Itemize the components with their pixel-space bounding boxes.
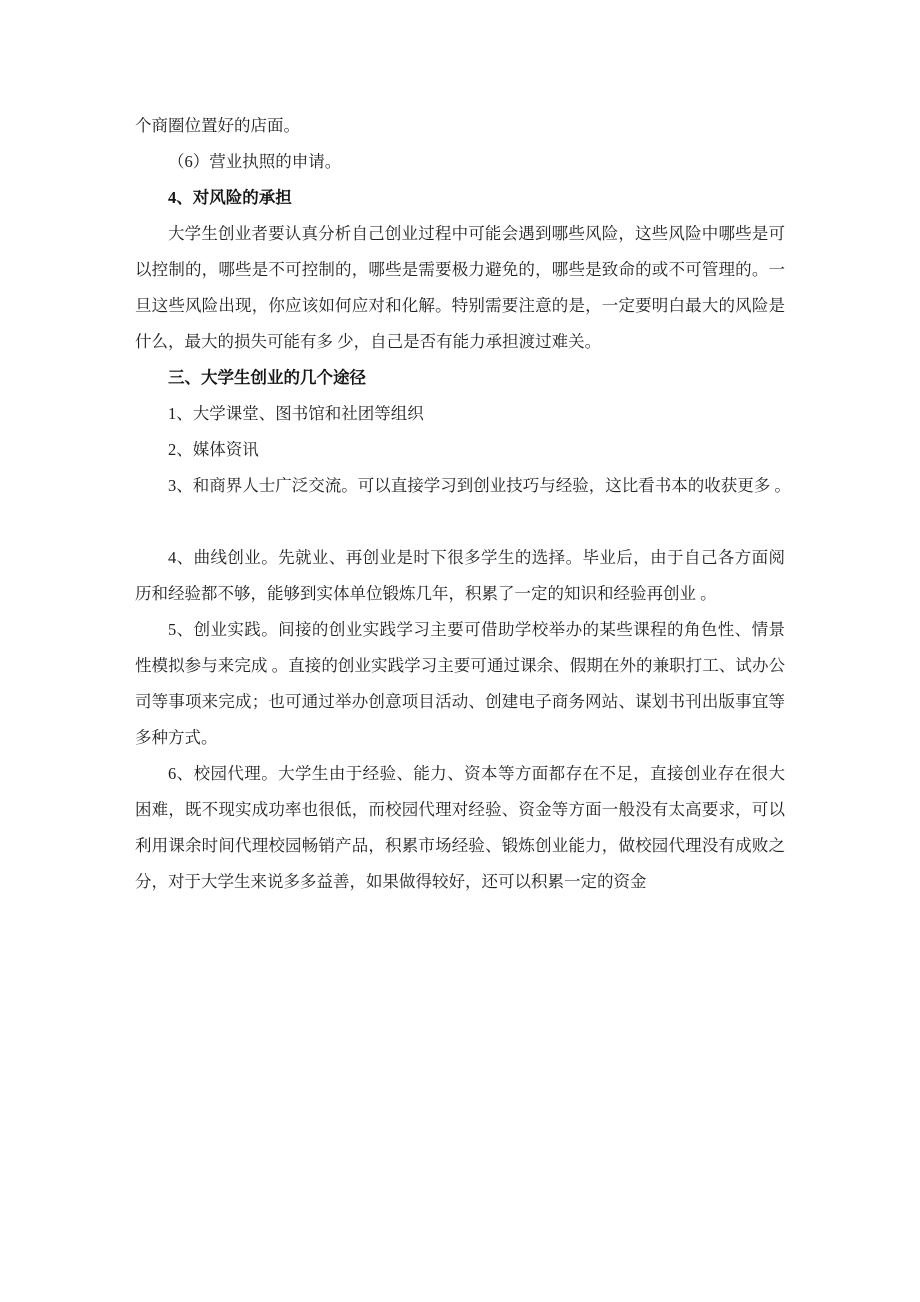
section-heading-p5: 三、大学生创业的几个途径 <box>135 360 785 396</box>
paragraph-p10: 4、曲线创业。先就业、再创业是时下很多学生的选择。毕业后，由于自己各方面阅历和经… <box>135 540 785 612</box>
paragraph-p6: 1、大学课堂、图书馆和社团等组织 <box>135 396 785 432</box>
paragraph-p12: 6、校园代理。大学生由于经验、能力、资本等方面都存在不足，直接创业存在很大困难，… <box>135 756 785 900</box>
paragraph-p8: 3、和商界人士广泛交流。可以直接学习到创业技巧与经验，这比看书本的收获更多 。 <box>135 468 785 504</box>
document-page: 个商圈位置好的店面。（6）营业执照的申请。4、对风险的承担大学生创业者要认真分析… <box>0 0 920 1302</box>
paragraph-p7: 2、媒体资讯 <box>135 432 785 468</box>
paragraph-p9 <box>135 504 785 540</box>
paragraph-p11: 5、创业实践。间接的创业实践学习主要可借助学校举办的某些课程的角色性、情景性模拟… <box>135 612 785 756</box>
document-body: 个商圈位置好的店面。（6）营业执照的申请。4、对风险的承担大学生创业者要认真分析… <box>135 108 785 900</box>
paragraph-p2: （6）营业执照的申请。 <box>135 144 785 180</box>
paragraph-p4: 大学生创业者要认真分析自己创业过程中可能会遇到哪些风险，这些风险中哪些是可以控制… <box>135 216 785 360</box>
paragraph-p1: 个商圈位置好的店面。 <box>135 108 785 144</box>
section-heading-p3: 4、对风险的承担 <box>135 180 785 216</box>
